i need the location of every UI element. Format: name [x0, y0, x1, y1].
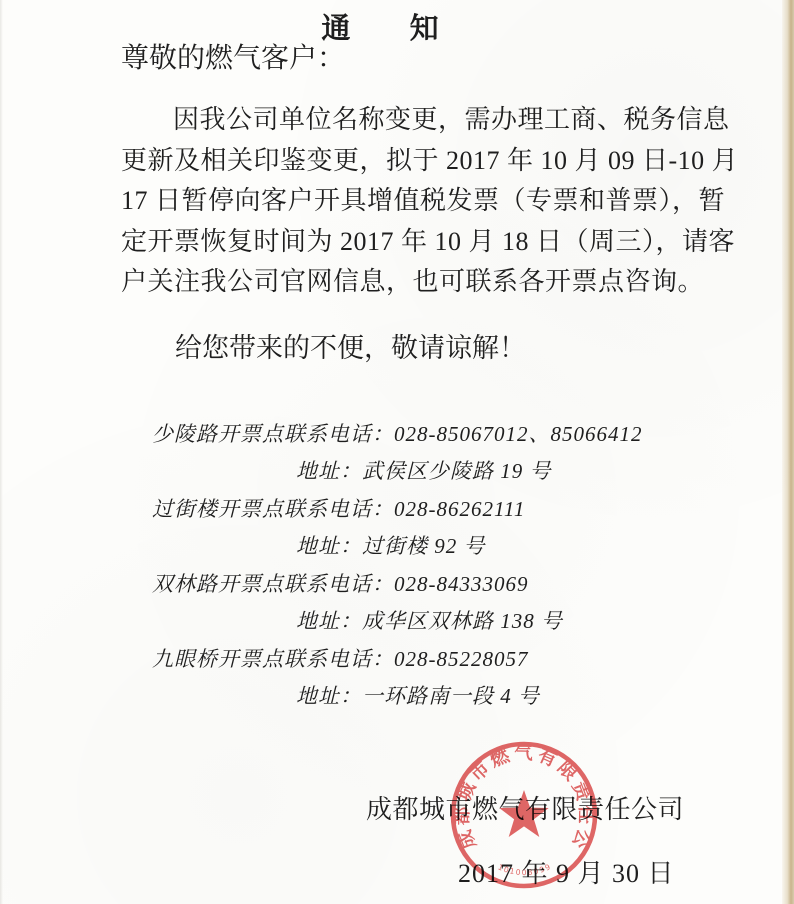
billing-point-phone: 过街楼开票点联系电话：028-86262111: [152, 491, 692, 528]
notice-body: 因我公司单位名称变更，需办理工商、税务信息 更新及相关印鉴变更，拟于 2017 …: [121, 100, 699, 303]
billing-point-address: 地址：过街楼 92 号: [152, 528, 692, 565]
billing-point: 九眼桥开票点联系电话：028-85228057 地址：一环路南一段 4 号: [152, 641, 692, 714]
notice-title: 通 知: [0, 6, 760, 47]
body-line: 17 日暂停向客户开具增值税发票（专票和普票），暂: [121, 181, 699, 222]
billing-point-phone: 少陵路开票点联系电话：028-85067012、85066412: [152, 416, 692, 453]
billing-point: 少陵路开票点联系电话：028-85067012、85066412 地址：武侯区少…: [152, 416, 692, 489]
issue-date: 2017 年 9 月 30 日: [458, 853, 675, 890]
body-line: 户关注我公司官网信息，也可联系各开票点咨询。: [121, 262, 699, 303]
body-line: 因我公司单位名称变更，需办理工商、税务信息: [121, 100, 699, 141]
scanned-notice-page: 通 知 尊敬的燃气客户： 因我公司单位名称变更，需办理工商、税务信息 更新及相关…: [0, 0, 794, 904]
billing-point: 过街楼开票点联系电话：028-86262111 地址：过街楼 92 号: [152, 491, 692, 564]
apology-line: 给您带来的不便，敬请谅解！: [121, 326, 526, 365]
scan-edge-right: [782, 0, 794, 904]
body-line: 定开票恢复时间为 2017 年 10 月 18 日（周三），请客: [121, 222, 699, 263]
billing-point-phone: 双林路开票点联系电话：028-84333069: [152, 566, 692, 603]
billing-point-address: 地址：成华区双林路 138 号: [152, 603, 692, 640]
scan-edge-left: [0, 0, 3, 904]
billing-point-address: 地址：一环路南一段 4 号: [152, 678, 692, 715]
billing-points-list: 少陵路开票点联系电话：028-85067012、85066412 地址：武侯区少…: [152, 416, 692, 716]
billing-point: 双林路开票点联系电话：028-84333069 地址：成华区双林路 138 号: [152, 566, 692, 639]
billing-point-address: 地址：武侯区少陵路 19 号: [152, 453, 692, 490]
billing-point-phone: 九眼桥开票点联系电话：028-85228057: [152, 641, 692, 678]
body-line: 更新及相关印鉴变更，拟于 2017 年 10 月 09 日-10 月: [121, 141, 699, 182]
company-signature: 成都城市燃气有限责任公司: [366, 789, 684, 826]
salutation: 尊敬的燃气客户：: [121, 36, 345, 76]
